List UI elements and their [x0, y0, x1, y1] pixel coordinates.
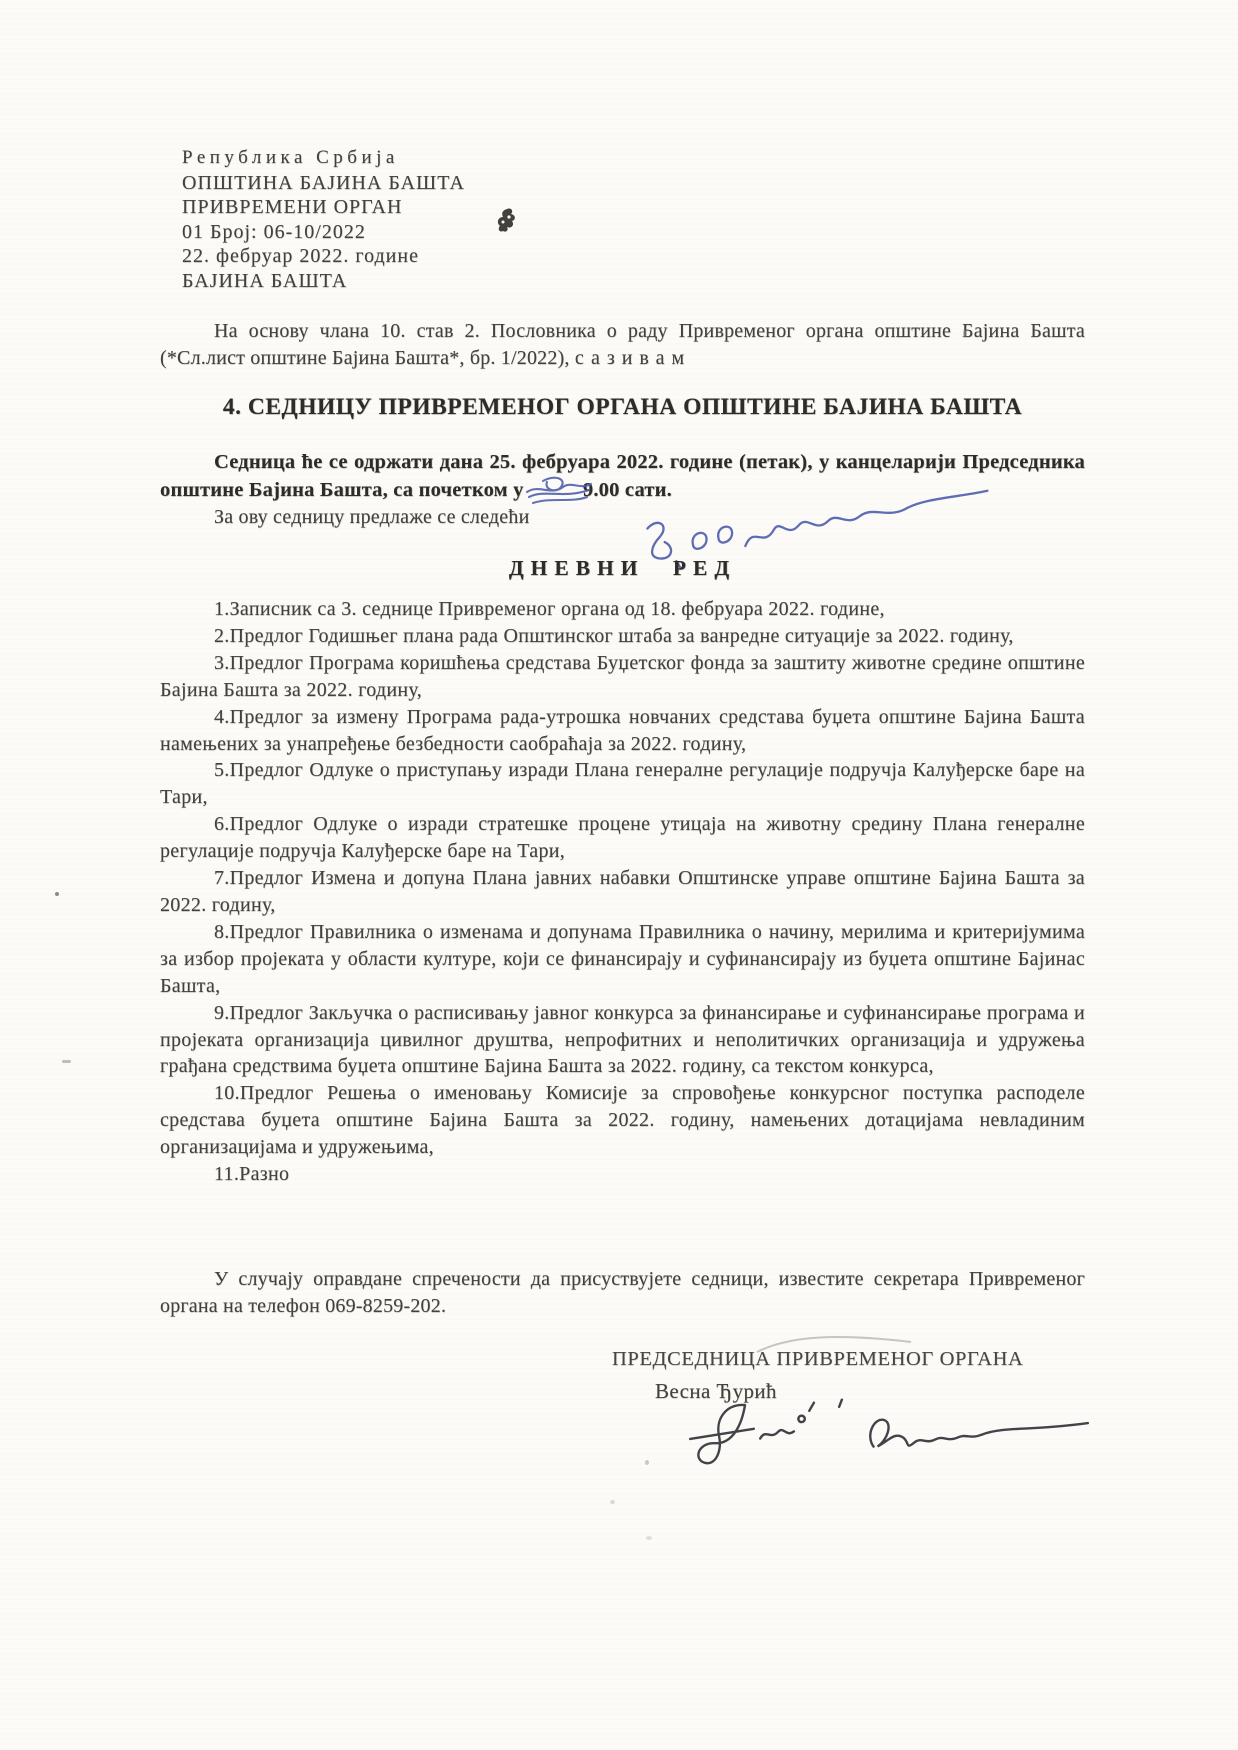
scan-speck — [62, 1060, 71, 1063]
agenda-list: 1.Записник са 3. седнице Привременог орг… — [160, 596, 1085, 1188]
signatory-title: ПРЕДСЕДНИЦА ПРИВРЕМЕНОГ ОРГАНА — [612, 1348, 1023, 1371]
scan-speck — [55, 892, 59, 896]
signature-block: ПРЕДСЕДНИЦА ПРИВРЕМЕНОГ ОРГАНА Весна Ђур… — [560, 1330, 1060, 1490]
ink-blot — [497, 208, 518, 234]
intro-paragraph: На основу члана 10. став 2. Пословника о… — [160, 318, 1085, 372]
agenda-item-2: 2.Предлог Годишњег плана рада Општинског… — [160, 623, 1085, 650]
agenda-item-9: 9.Предлог Закључка о расписивању јавног … — [160, 1000, 1085, 1081]
agenda-item-4: 4.Предлог за измену Програма рада-утрошк… — [160, 704, 1085, 758]
agenda-item-11: 11.Разно — [160, 1161, 1085, 1188]
agenda-item-1: 1.Записник са 3. седнице Привременог орг… — [160, 596, 1085, 623]
scan-speck — [646, 1536, 652, 1540]
document-header: Република Србија ОПШТИНА БАЈИНА БАШТА ПР… — [182, 146, 465, 294]
printed-time: 9.00 — [583, 479, 620, 501]
agenda-item-7: 7.Предлог Измена и допуна Плана јавних н… — [160, 865, 1085, 919]
header-place: БАЈИНА БАШТА — [182, 269, 465, 294]
session-text-after: сати. — [620, 479, 672, 501]
agenda-item-10: 10.Предлог Решења о именовању Комисије з… — [160, 1080, 1085, 1161]
header-municipality: ОПШТИНА БАЈИНА БАШТА — [182, 171, 465, 196]
intro-spaced-word: сазивам — [575, 347, 691, 369]
agenda-item-3: 3.Предлог Програма коришћења средстава Б… — [160, 650, 1085, 704]
crossed-out-time: 9.00 — [529, 477, 620, 505]
header-date: 22. фебруар 2022. године — [182, 244, 465, 269]
agenda-item-8: 8.Предлог Правилника о изменама и допуна… — [160, 919, 1085, 1000]
scan-speck — [610, 1500, 615, 1504]
scanned-document-page: Република Србија ОПШТИНА БАЈИНА БАШТА ПР… — [0, 0, 1238, 1750]
header-ref-number: 01 Број: 06-10/2022 — [182, 220, 465, 245]
session-title: 4. СЕДНИЦУ ПРИВРЕМЕНОГ ОРГАНА ОПШТИНЕ БА… — [160, 394, 1085, 421]
scan-speck — [963, 330, 966, 337]
header-organ: ПРИВРЕМЕНИ ОРГАН — [182, 195, 465, 220]
agenda-heading: ДНЕВНИ РЕД — [160, 556, 1085, 581]
agenda-item-5: 5.Предлог Одлуке о приступању изради Пла… — [160, 757, 1085, 811]
agenda-item-6: 6.Предлог Одлуке о изради стратешке проц… — [160, 811, 1085, 865]
scan-speck — [645, 1460, 649, 1465]
handwritten-signature — [687, 1385, 1094, 1477]
header-country: Република Србија — [182, 146, 465, 171]
closing-paragraph: У случају оправдане спречености да прису… — [160, 1266, 1085, 1320]
